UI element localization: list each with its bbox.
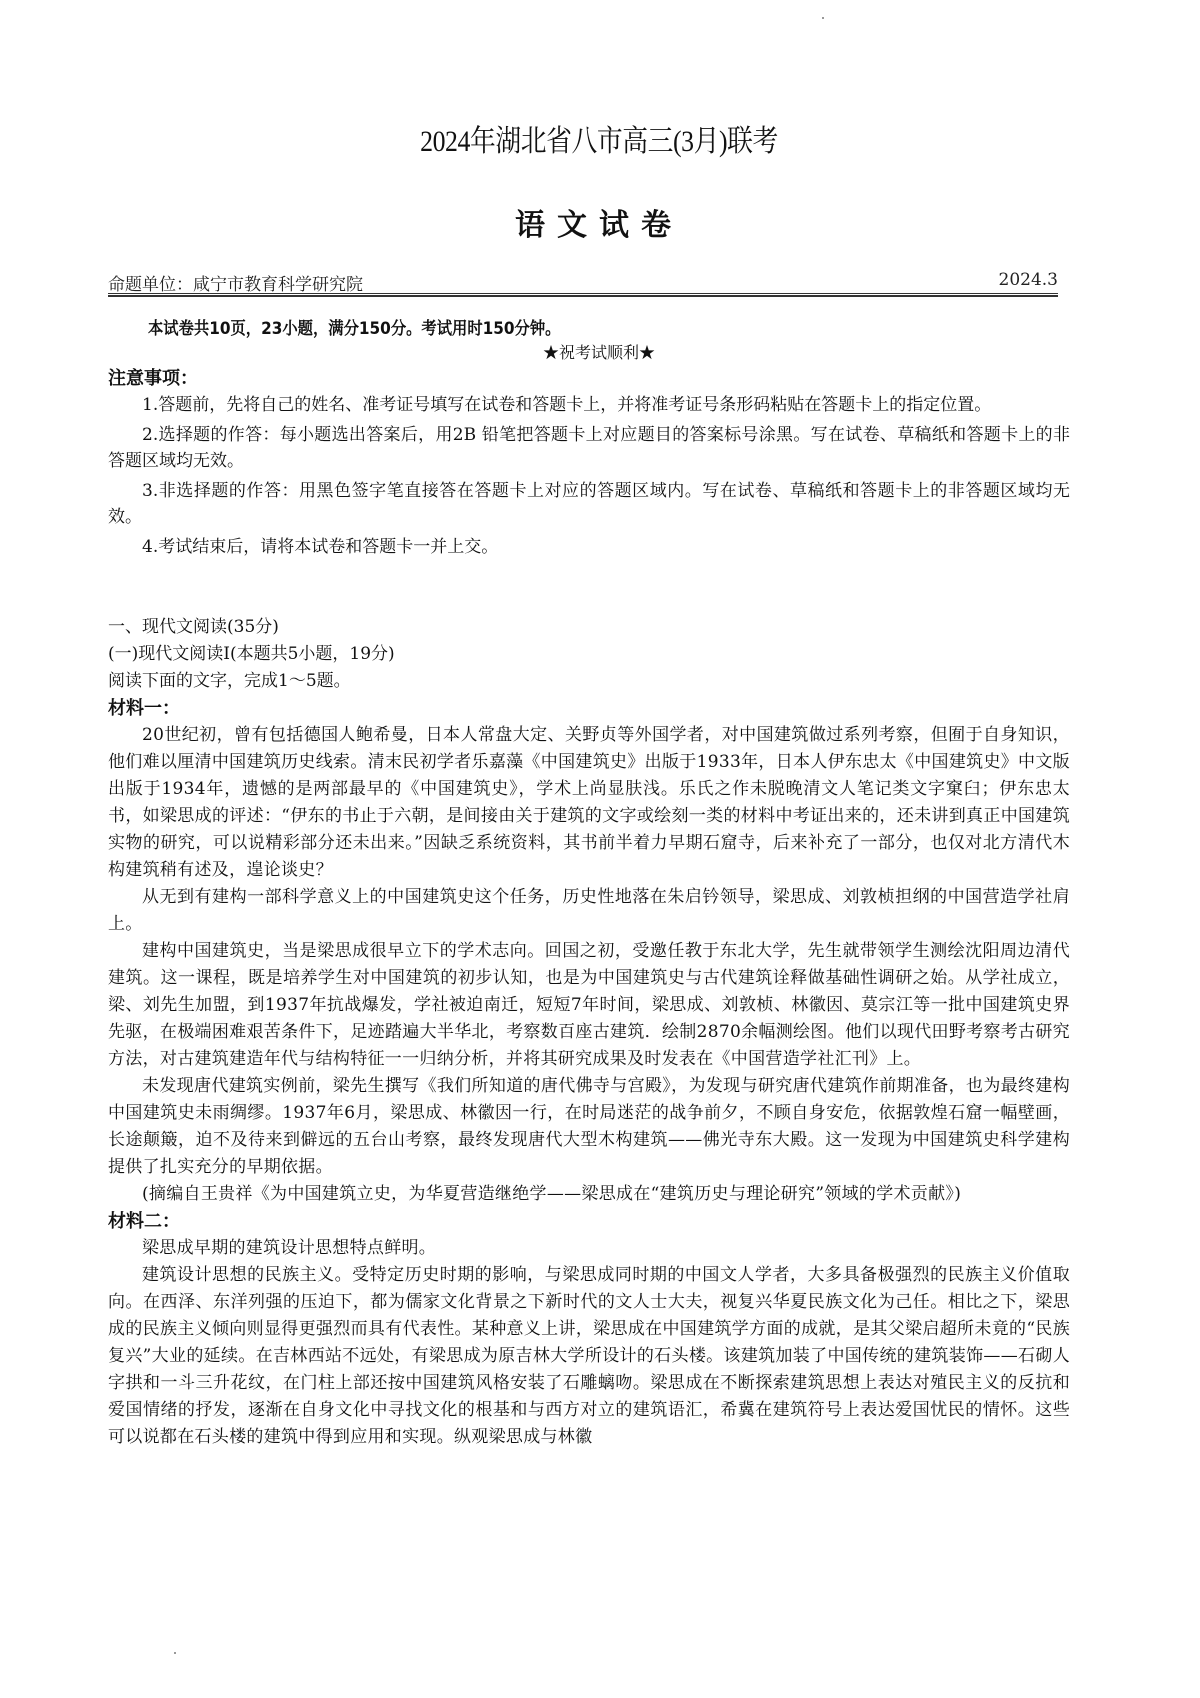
notice-item: 2.选择题的作答：每小题选出答案后，用2B 铅笔把答题卡上对应题目的答案标号涂黑…	[108, 422, 1070, 474]
material-one-source: (摘编自王贵祥《为中国建筑立史，为华夏营造继绝学——梁思成在“建筑历史与理论研究…	[108, 1181, 1070, 1208]
exam-summary: 本试卷共10页，23小题，满分150分。考试用时150分钟。	[148, 314, 560, 339]
notice-heading: 注意事项：	[108, 364, 198, 390]
author-unit: 命题单位：咸宁市教育科学研究院	[108, 270, 363, 295]
header-divider	[108, 293, 1058, 297]
material-two-paragraph: 梁思成早期的建筑设计思想特点鲜明。	[108, 1235, 1070, 1262]
material-two-paragraph: 建筑设计思想的民族主义。受特定历史时期的影响，与梁思成同时期的中国文人学者，大多…	[108, 1262, 1070, 1451]
reading-instruction: 阅读下面的文字，完成1～5题。	[108, 668, 1070, 695]
subject-title: 语文试卷	[108, 200, 1090, 244]
material-one-heading: 材料一：	[108, 695, 1070, 722]
exam-title: 2024年湖北省八市高三(3月)联考	[177, 116, 1022, 160]
material-one-paragraph: 20世纪初，曾有包括德国人鲍希曼，日本人常盘大定、关野贞等外国学者，对中国建筑做…	[108, 722, 1070, 884]
notice-list: 1.答题前，先将自己的姓名、准考证号填写在试卷和答题卡上，并将准考证号条形码粘贴…	[108, 392, 1070, 564]
reading-section: 一、现代文阅读(35分) (一)现代文阅读Ⅰ(本题共5小题，19分) 阅读下面的…	[108, 614, 1070, 1451]
notice-item: 1.答题前，先将自己的姓名、准考证号填写在试卷和答题卡上，并将准考证号条形码粘贴…	[108, 392, 1070, 418]
scan-speck	[174, 1652, 176, 1654]
exam-date: 2024.3	[999, 270, 1058, 295]
notice-item: 3.非选择题的作答：用黑色签字笔直接答在答题卡上对应的答题区域内。写在试卷、草稿…	[108, 478, 1070, 530]
material-one-paragraph: 从无到有建构一部科学意义上的中国建筑史这个任务，历史性地落在朱启钤领导，梁思成、…	[108, 884, 1070, 938]
part-title: 一、现代文阅读(35分)	[108, 614, 1070, 641]
material-two-heading: 材料二：	[108, 1208, 1070, 1235]
notice-item: 4.考试结束后，请将本试卷和答题卡一并上交。	[108, 534, 1070, 560]
meta-row: 命题单位：咸宁市教育科学研究院 2024.3	[108, 270, 1058, 295]
subpart-title: (一)现代文阅读Ⅰ(本题共5小题，19分)	[108, 641, 1070, 668]
good-luck-line: ★祝考试顺利★	[108, 340, 1090, 363]
material-one-paragraph: 建构中国建筑史，当是梁思成很早立下的学术志向。回国之初，受邀任教于东北大学，先生…	[108, 938, 1070, 1073]
material-one-paragraph: 未发现唐代建筑实例前，梁先生撰写《我们所知道的唐代佛寺与宫殿》，为发现与研究唐代…	[108, 1073, 1070, 1181]
scan-speck	[822, 17, 824, 19]
